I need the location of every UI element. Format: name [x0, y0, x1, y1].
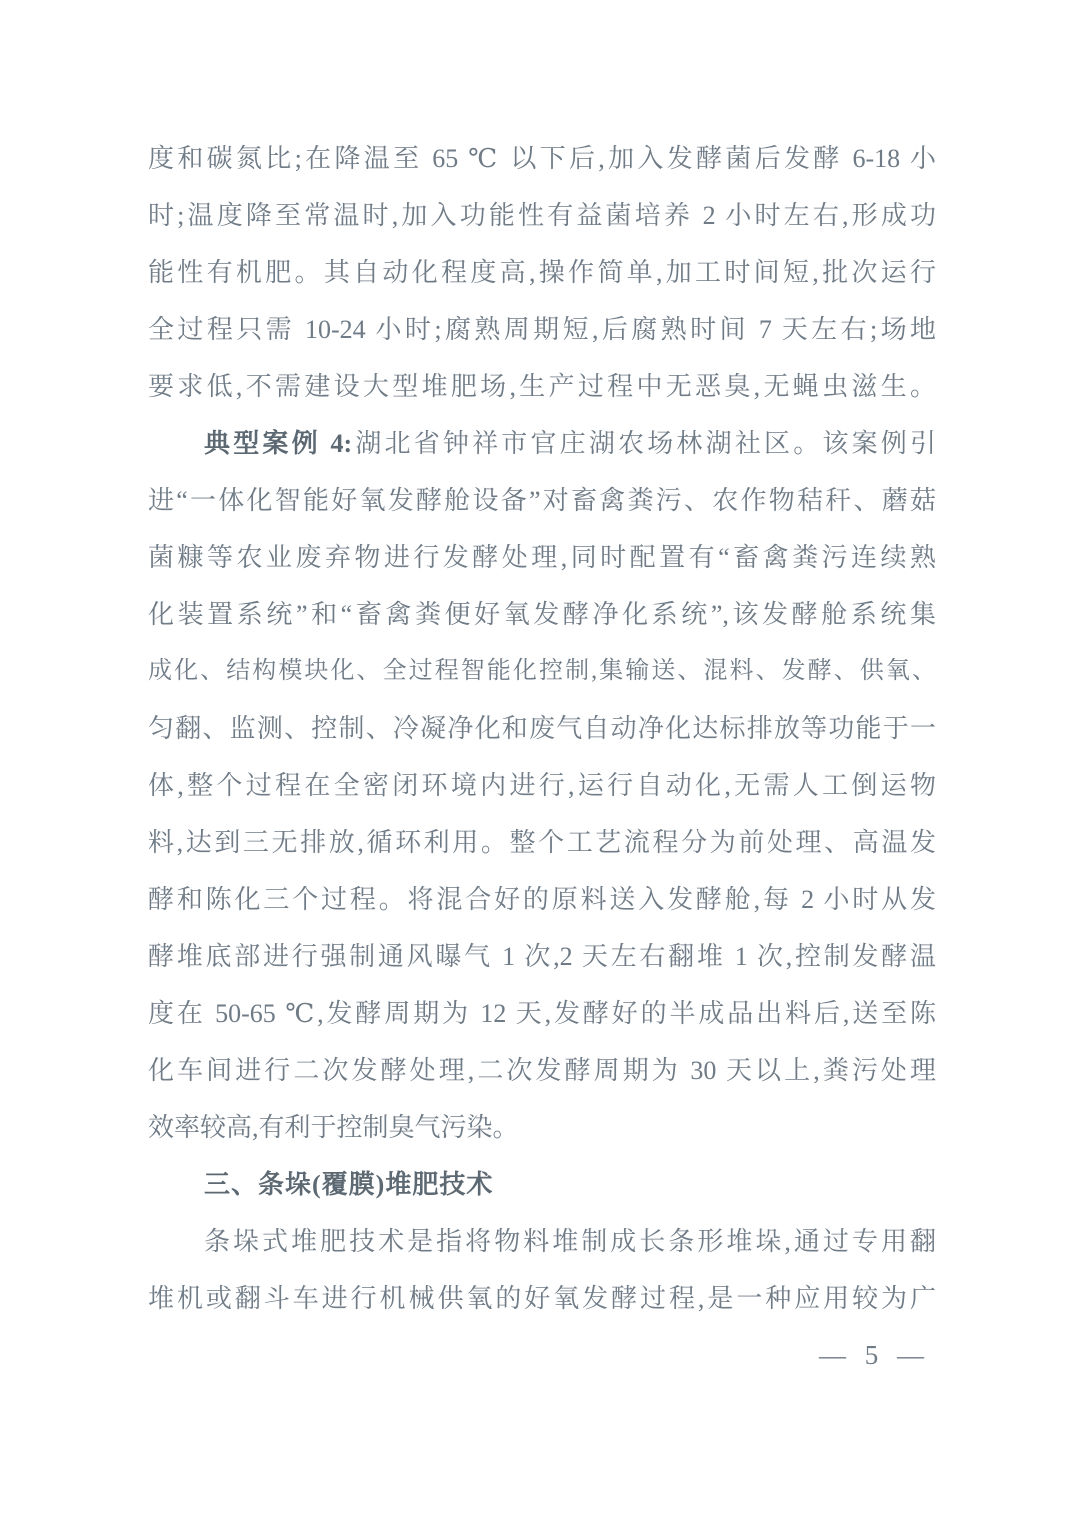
text-line: 度和碳氮比;在降温至 65 ℃ 以下后,加入发酵菌后发酵 6-18 小 — [148, 130, 936, 187]
text-line: 成化、结构模块化、全过程智能化控制,集输送、混料、发酵、供氧、 — [148, 643, 936, 700]
text-line: 匀翻、监测、控制、冷凝净化和废气自动净化达标排放等功能于一 — [148, 700, 936, 757]
text-line: 度在 50-65 ℃,发酵周期为 12 天,发酵好的半成品出料后,送至陈 — [148, 985, 936, 1042]
text-line: 体,整个过程在全密闭环境内进行,运行自动化,无需人工倒运物 — [148, 757, 936, 814]
text-line: 化车间进行二次发酵处理,二次发酵周期为 30 天以上,粪污处理 — [148, 1042, 936, 1099]
text-line: 全过程只需 10-24 小时;腐熟周期短,后腐熟时间 7 天左右;场地 — [148, 301, 936, 358]
page-number: — 5 — — [819, 1330, 930, 1380]
document-page: 度和碳氮比;在降温至 65 ℃ 以下后,加入发酵菌后发酵 6-18 小时;温度降… — [0, 0, 1080, 1528]
text-line: 条垛式堆肥技术是指将物料堆制成长条形堆垛,通过专用翻 — [148, 1213, 936, 1270]
text-line: 要求低,不需建设大型堆肥场,生产过程中无恶臭,无蝇虫滋生。 — [148, 358, 936, 415]
text-line: 酵和陈化三个过程。将混合好的原料送入发酵舱,每 2 小时从发 — [148, 871, 936, 928]
document-body: 度和碳氮比;在降温至 65 ℃ 以下后,加入发酵菌后发酵 6-18 小时;温度降… — [148, 130, 936, 1327]
text-line: 酵堆底部进行强制通风曝气 1 次,2 天左右翻堆 1 次,控制发酵温 — [148, 928, 936, 985]
text-line: 化装置系统”和“畜禽粪便好氧发酵净化系统”,该发酵舱系统集 — [148, 586, 936, 643]
text-line: 料,达到三无排放,循环利用。整个工艺流程分为前处理、高温发 — [148, 814, 936, 871]
text-line: 时;温度降至常温时,加入功能性有益菌培养 2 小时左右,形成功 — [148, 187, 936, 244]
text-line: 堆机或翻斗车进行机械供氧的好氧发酵过程,是一种应用较为广 — [148, 1270, 936, 1327]
text-line: 效率较高,有利于控制臭气污染。 — [148, 1099, 936, 1156]
case-study-label: 典型案例 4: — [204, 429, 352, 458]
text-line: 能性有机肥。其自动化程度高,操作简单,加工时间短,批次运行 — [148, 244, 936, 301]
text-line: 菌糠等农业废弃物进行发酵处理,同时配置有“畜禽粪污连续熟 — [148, 529, 936, 586]
text-line: 进“一体化智能好氧发酵舱设备”对畜禽粪污、农作物秸秆、蘑菇 — [148, 472, 936, 529]
section-heading: 三、条垛(覆膜)堆肥技术 — [148, 1156, 936, 1213]
text-line: 典型案例 4:湖北省钟祥市官庄湖农场林湖社区。该案例引 — [148, 415, 936, 472]
